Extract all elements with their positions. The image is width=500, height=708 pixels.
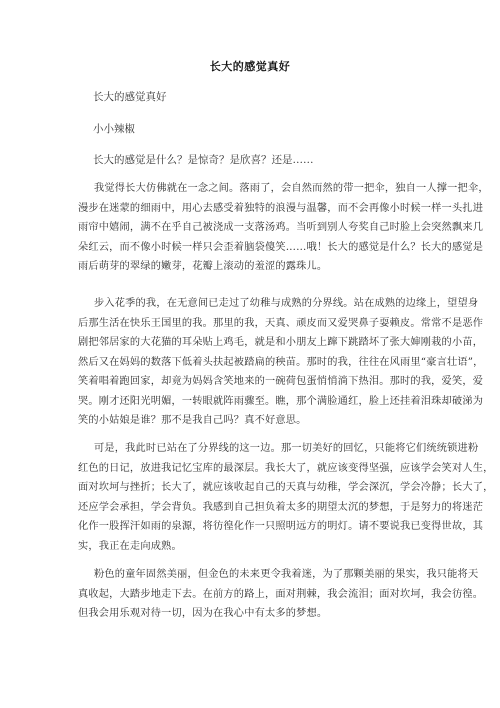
paragraph-line: 但我会用乐观对待一切，因为在我心中有太多的梦想。 — [78, 604, 438, 624]
paragraph-line: 面对坎坷与挫折；长大了，就应该收起自己的天真与幼稚，学会深沉，学会冷静；长大了， — [78, 478, 438, 498]
essay-subtitle: 长大的感觉真好 — [93, 89, 167, 104]
paragraph-line: 雨帘中嬉闹，满不在乎自己被浇成一支落汤鸡。当听到别人夸奖自己时脸上会突然飘来几 — [78, 218, 438, 238]
paragraph-line: 剧把邻居家的大花猫的耳朵贴上鸡毛，就是和小朋友上蹿下跳踏坏了张大婶刚栽的小苗， — [78, 333, 438, 353]
paragraph-line: 雨后萌芽的翠绿的嫩芽，花瓣上滚动的羞涩的露珠儿。 — [78, 257, 438, 277]
paragraph-line: 我觉得长大仿佛就在一念之间。落雨了，会自然而然的带一把伞，独自一人撑一把伞， — [78, 179, 438, 199]
document-page: 长大的感觉真好 长大的感觉真好 小小辣椒 长大的感觉是什么？是惊奇？是欣喜？还是… — [0, 0, 500, 708]
paragraph-line: 步入花季的我，在无意间已走过了幼稚与成熟的分界线。站在成熟的边缘上，望望身 — [78, 294, 438, 314]
paragraph-line: 实，我正在走向成熟。 — [78, 537, 438, 557]
paragraph-line: 还应学会承担，学会背负。我感到自己担负着太多的期望太沉的梦想，于是努力的将迷茫 — [78, 498, 438, 518]
paragraph-line: 可是，我此时已站在了分界线的这一边。那一切美好的回忆，只能将它们统统锁进粉 — [78, 439, 438, 459]
paragraph-line: 真收起，大踏步地走下去。在前方的路上，面对荆棘，我会流泪；面对坎坷，我会彷徨。 — [78, 585, 438, 605]
paragraph-2: 步入花季的我，在无意间已走过了幼稚与成熟的分界线。站在成熟的边缘上，望望身 后那… — [78, 294, 438, 431]
paragraph-line: 化作一股挥汗如雨的泉源，将彷徨化作一只照明远方的明灯。请不要说我已变得世故，其 — [78, 517, 438, 537]
document-title: 长大的感觉真好 — [0, 58, 500, 74]
paragraph-line: 后那生活在快乐王国里的我。那里的我，天真、顽皮而又爱哭鼻子耍赖皮。常常不是恶作 — [78, 314, 438, 334]
paragraph-4: 粉色的童年固然美丽，但金色的未来更令我着迷，为了那颗美丽的果实，我只能将天 真收… — [78, 565, 438, 624]
paragraph-1: 我觉得长大仿佛就在一念之间。落雨了，会自然而然的带一把伞，独自一人撑一把伞， 漫… — [78, 179, 438, 277]
paragraph-line: 朵红云，而不像小时候一样只会歪着脑袋傻笑……哦！长大的感觉是什么？长大的感觉是 — [78, 238, 438, 258]
paragraph-line: 漫步在迷蒙的细雨中，用心去感受着独特的浪漫与温馨，而不会再像小时候一样一头扎进 — [78, 199, 438, 219]
intro-question: 长大的感觉是什么？是惊奇？是欣喜？还是…… — [93, 152, 314, 167]
author-name: 小小辣椒 — [93, 121, 135, 136]
paragraph-line: 哭。刚才还阳光明媚，一转眼就阵雨骤至。瞧，那个满脸通红，脸上还挂着泪珠却破涕为 — [78, 392, 438, 412]
paragraph-3: 可是，我此时已站在了分界线的这一边。那一切美好的回忆，只能将它们统统锁进粉 红色… — [78, 439, 438, 556]
paragraph-line: 笑的小姑娘是谁？那不是我自己吗？真不好意思。 — [78, 411, 438, 431]
paragraph-line: 然后又在妈妈的数落下低着头扶起被踏扁的秧苗。那时的我，往往在风雨里“豪言壮语”， — [78, 353, 438, 373]
paragraph-line: 红色的日记，放进我记忆宝库的最深层。我长大了，就应该变得坚强，应该学会笑对人生， — [78, 459, 438, 479]
paragraph-line: 笑着唱着跑回家，却竟为妈妈含笑地来的一碗荷包蛋悄悄淌下热泪。那时的我，爱笑，爱 — [78, 372, 438, 392]
paragraph-line: 粉色的童年固然美丽，但金色的未来更令我着迷，为了那颗美丽的果实，我只能将天 — [78, 565, 438, 585]
